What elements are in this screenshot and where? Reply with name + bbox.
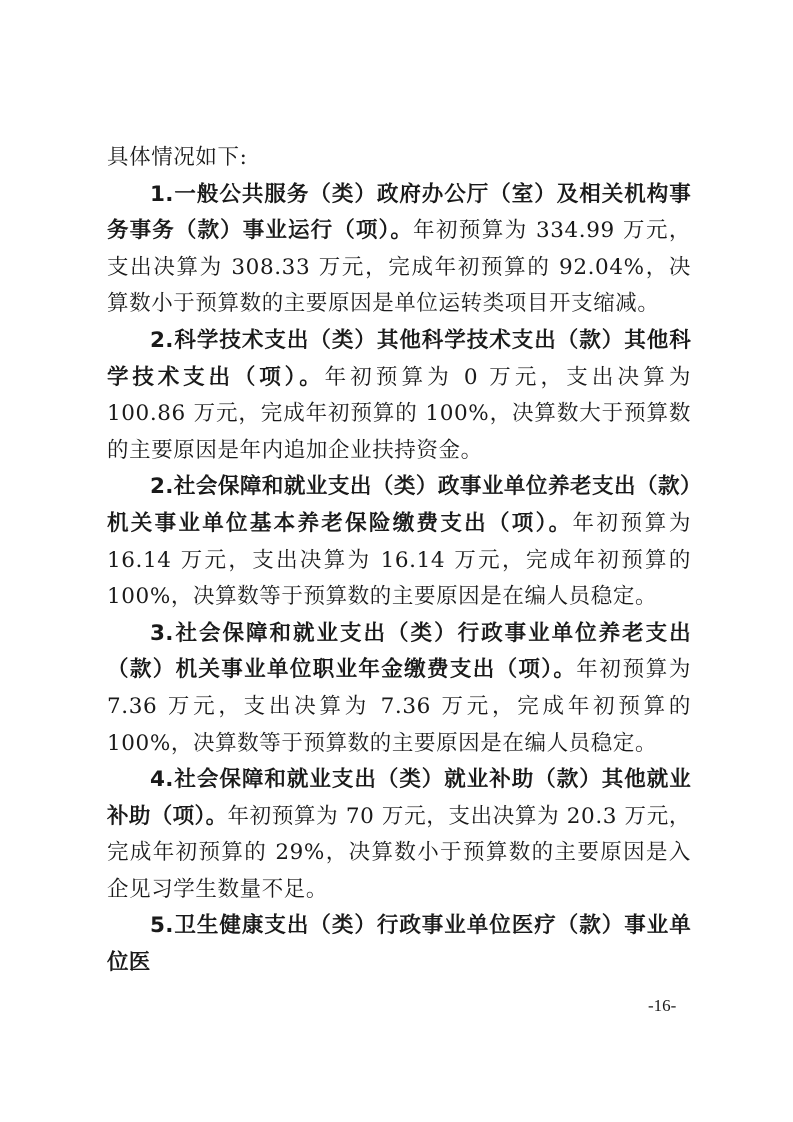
- item-heading: 5.卫生健康支出（类）行政事业单位医疗（款）事业单位医: [107, 913, 691, 975]
- intro-text: 具体情况如下:: [107, 140, 691, 177]
- page-number: -16-: [648, 996, 676, 1016]
- budget-item-5: 4.社会保障和就业支出（类）就业补助（款）其他就业补助（项）。年初预算为 70 …: [107, 762, 691, 908]
- document-page: 具体情况如下: 1.一般公共服务（类）政府办公厅（室）及相关机构事务事务（款）事…: [107, 140, 691, 982]
- budget-item-4: 3.社会保障和就业支出（类）行政事业单位养老支出（款）机关事业单位职业年金缴费支…: [107, 616, 691, 762]
- budget-item-1: 1.一般公共服务（类）政府办公厅（室）及相关机构事务事务（款）事业运行（项）。年…: [107, 177, 691, 323]
- budget-item-3: 2.社会保障和就业支出（类）政事业单位养老支出（款）机关事业单位基本养老保险缴费…: [107, 469, 691, 615]
- budget-item-2: 2.科学技术支出（类）其他科学技术支出（款）其他科学技术支出（项）。年初预算为 …: [107, 323, 691, 469]
- budget-item-6: 5.卫生健康支出（类）行政事业单位医疗（款）事业单位医: [107, 908, 691, 981]
